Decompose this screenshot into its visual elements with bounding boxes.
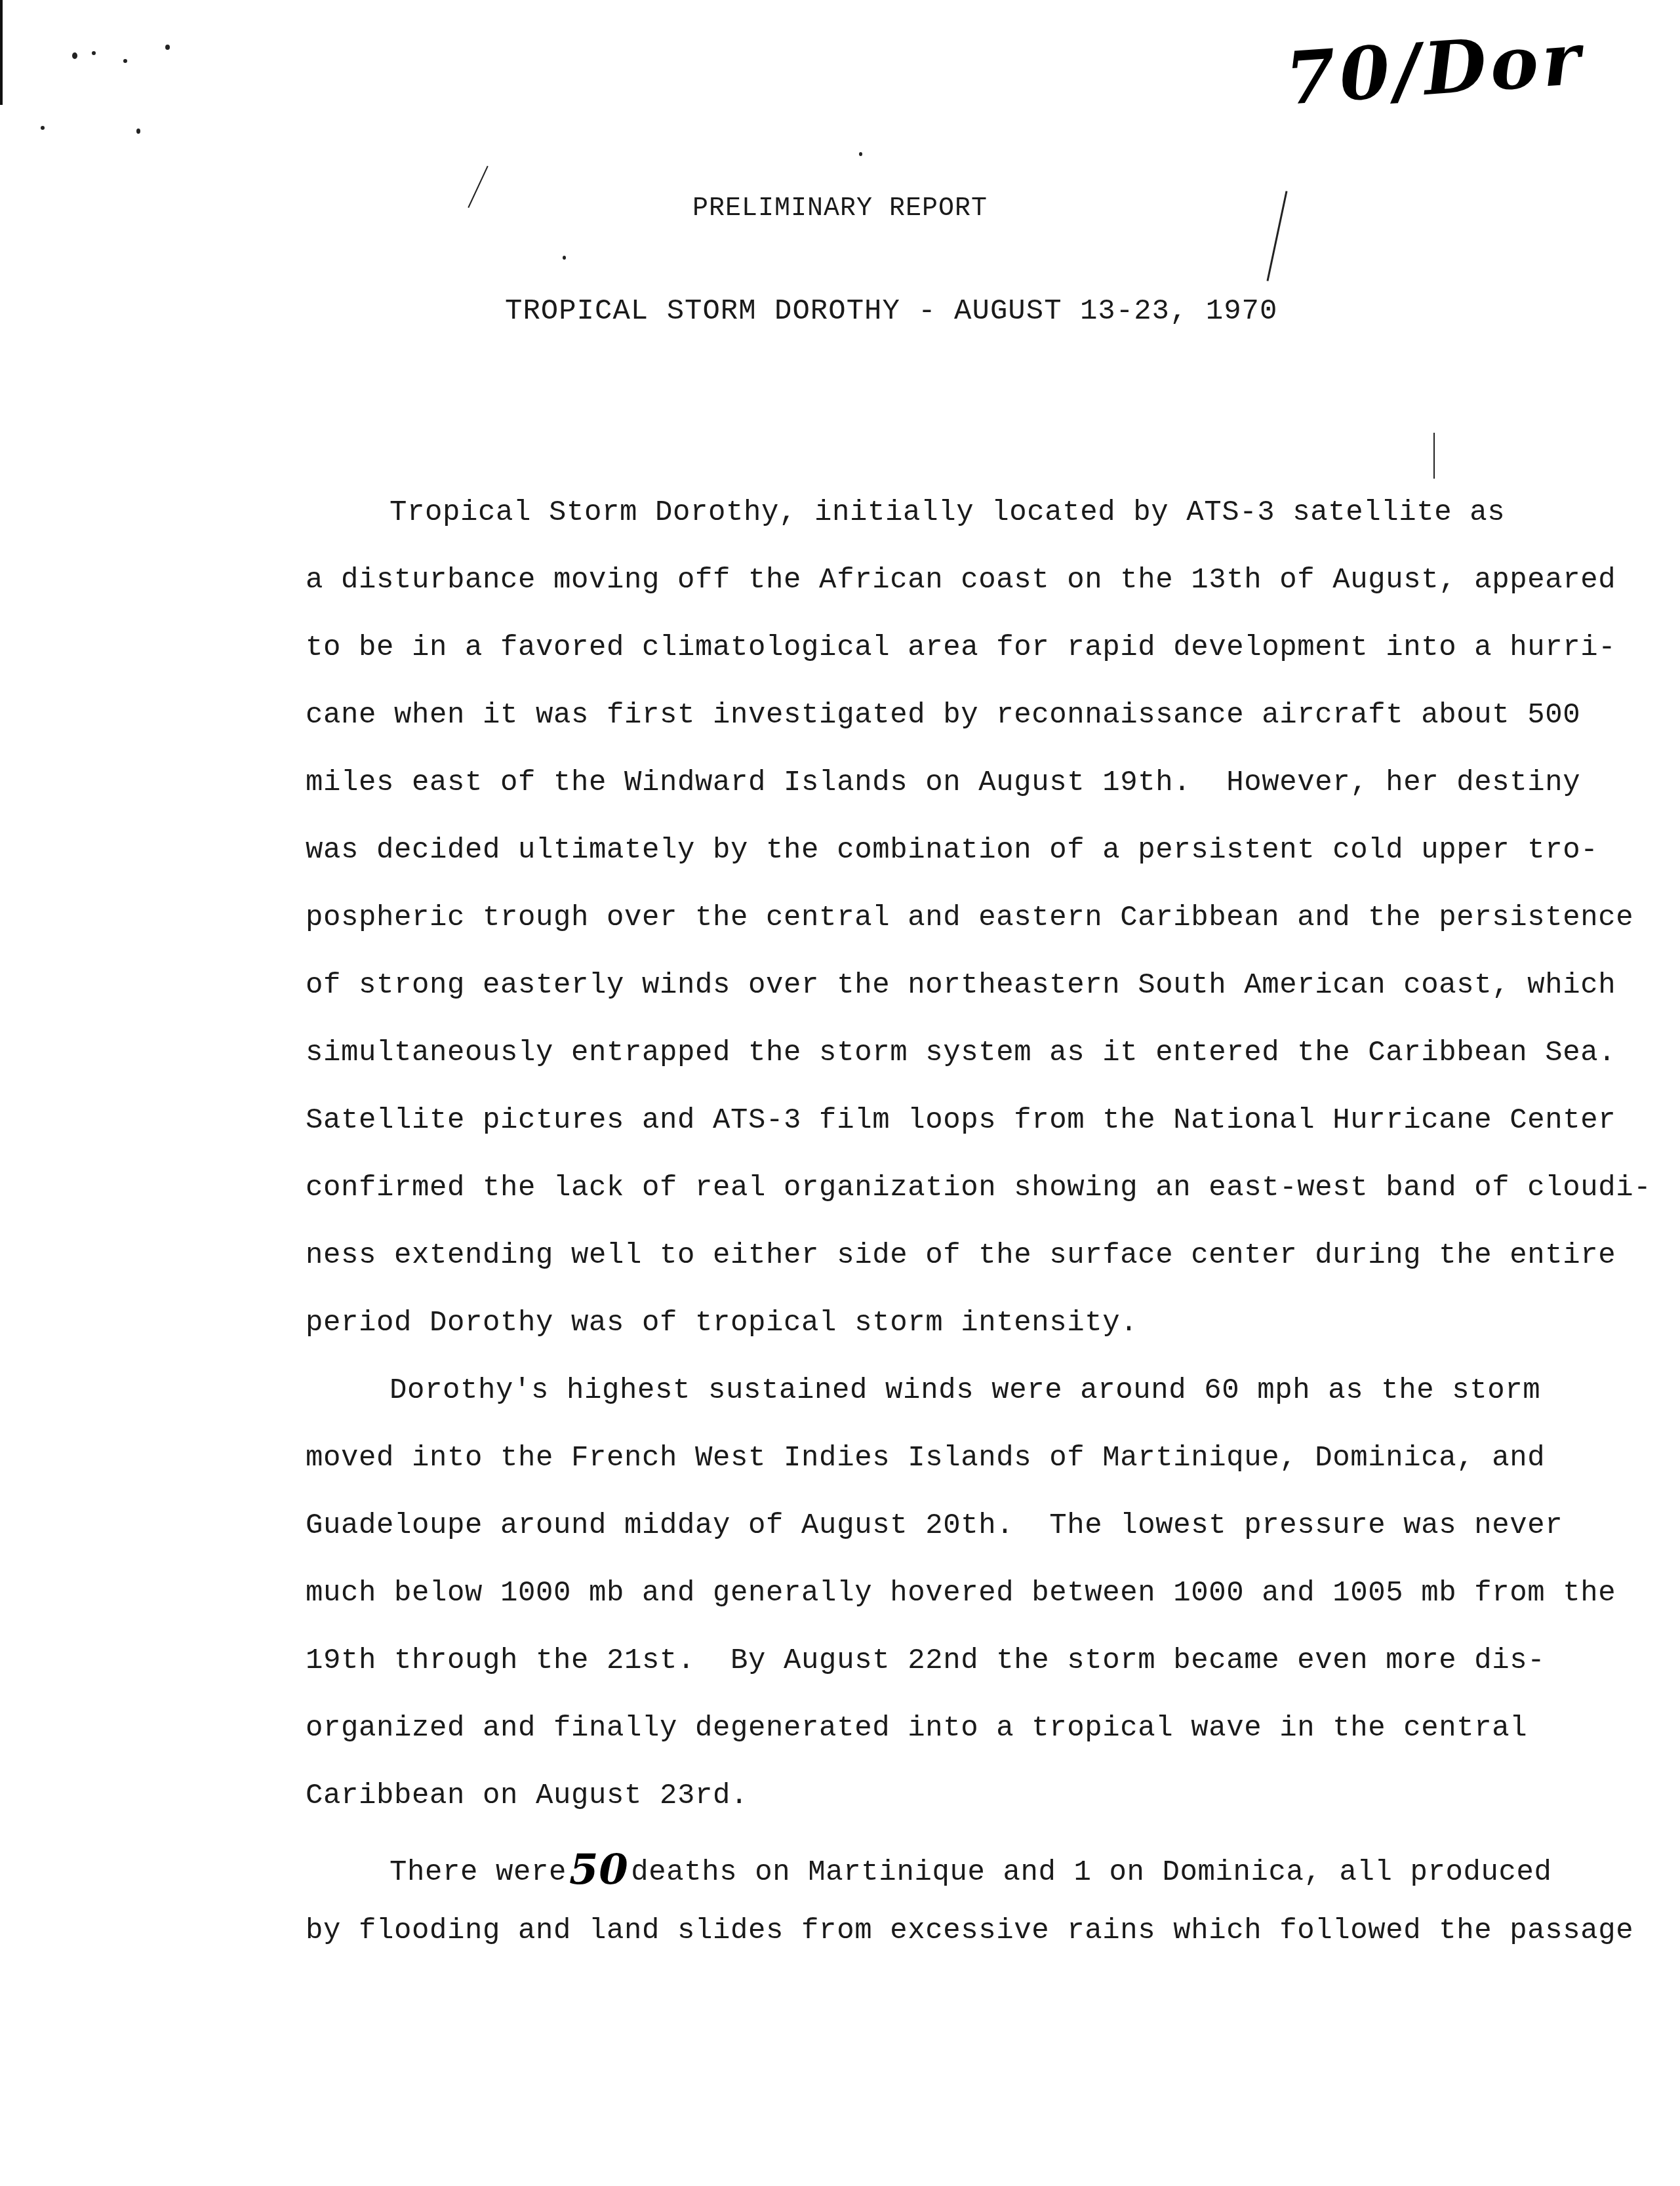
- text-line: simultaneously entrapped the storm syste…: [306, 1039, 1616, 1067]
- report-label: PRELIMINARY REPORT: [0, 194, 1680, 224]
- text-line: There were50deaths on Martinique and 1 o…: [390, 1849, 1552, 1891]
- text-line: much below 1000 mb and generally hovered…: [306, 1579, 1616, 1608]
- text-fragment: deaths on Martinique and 1 on Dominica, …: [631, 1856, 1551, 1889]
- text-line: 19th through the 21st. By August 22nd th…: [306, 1646, 1545, 1675]
- text-line: was decided ultimately by the combinatio…: [306, 836, 1598, 865]
- text-line: Satellite pictures and ATS-3 film loops …: [306, 1106, 1616, 1135]
- document-page: 70/Dor PRELIMINARY REPORT TROPICAL STORM…: [0, 0, 1680, 2186]
- text-line: of strong easterly winds over the northe…: [306, 971, 1616, 1000]
- scan-edge: [0, 0, 3, 105]
- handwritten-death-count: 50: [569, 1849, 628, 1891]
- text-line: cane when it was first investigated by r…: [306, 701, 1580, 730]
- handwritten-annotation: 70/Dor: [1283, 16, 1587, 121]
- scan-speck: [72, 52, 77, 59]
- scan-speck: [859, 152, 862, 156]
- scan-speck: [92, 51, 96, 55]
- scan-mark: [1433, 433, 1435, 479]
- text-line: period Dorothy was of tropical storm int…: [306, 1309, 1138, 1338]
- scan-speck: [41, 126, 45, 130]
- scan-speck: [563, 256, 566, 260]
- text-line: Guadeloupe around midday of August 20th.…: [306, 1511, 1563, 1540]
- text-line: Caribbean on August 23rd.: [306, 1781, 748, 1810]
- text-line: Tropical Storm Dorothy, initially locate…: [390, 498, 1505, 527]
- text-fragment: There were: [390, 1856, 567, 1889]
- text-line: ness extending well to either side of th…: [306, 1241, 1616, 1270]
- text-line: by flooding and land slides from excessi…: [306, 1917, 1633, 1945]
- text-line: Dorothy's highest sustained winds were a…: [390, 1376, 1540, 1405]
- text-line: to be in a favored climatological area f…: [306, 633, 1616, 662]
- report-title: TROPICAL STORM DOROTHY - AUGUST 13-23, 1…: [505, 295, 1277, 328]
- text-line: miles east of the Windward Islands on Au…: [306, 768, 1580, 797]
- text-line: organized and finally degenerated into a…: [306, 1714, 1527, 1743]
- text-line: a disturbance moving off the African coa…: [306, 566, 1616, 595]
- text-line: confirmed the lack of real organization …: [306, 1174, 1651, 1202]
- scan-speck: [136, 129, 140, 134]
- text-line: pospheric trough over the central and ea…: [306, 904, 1633, 932]
- scan-speck: [123, 59, 127, 63]
- text-line: moved into the French West Indies Island…: [306, 1444, 1545, 1473]
- scan-speck: [165, 45, 170, 50]
